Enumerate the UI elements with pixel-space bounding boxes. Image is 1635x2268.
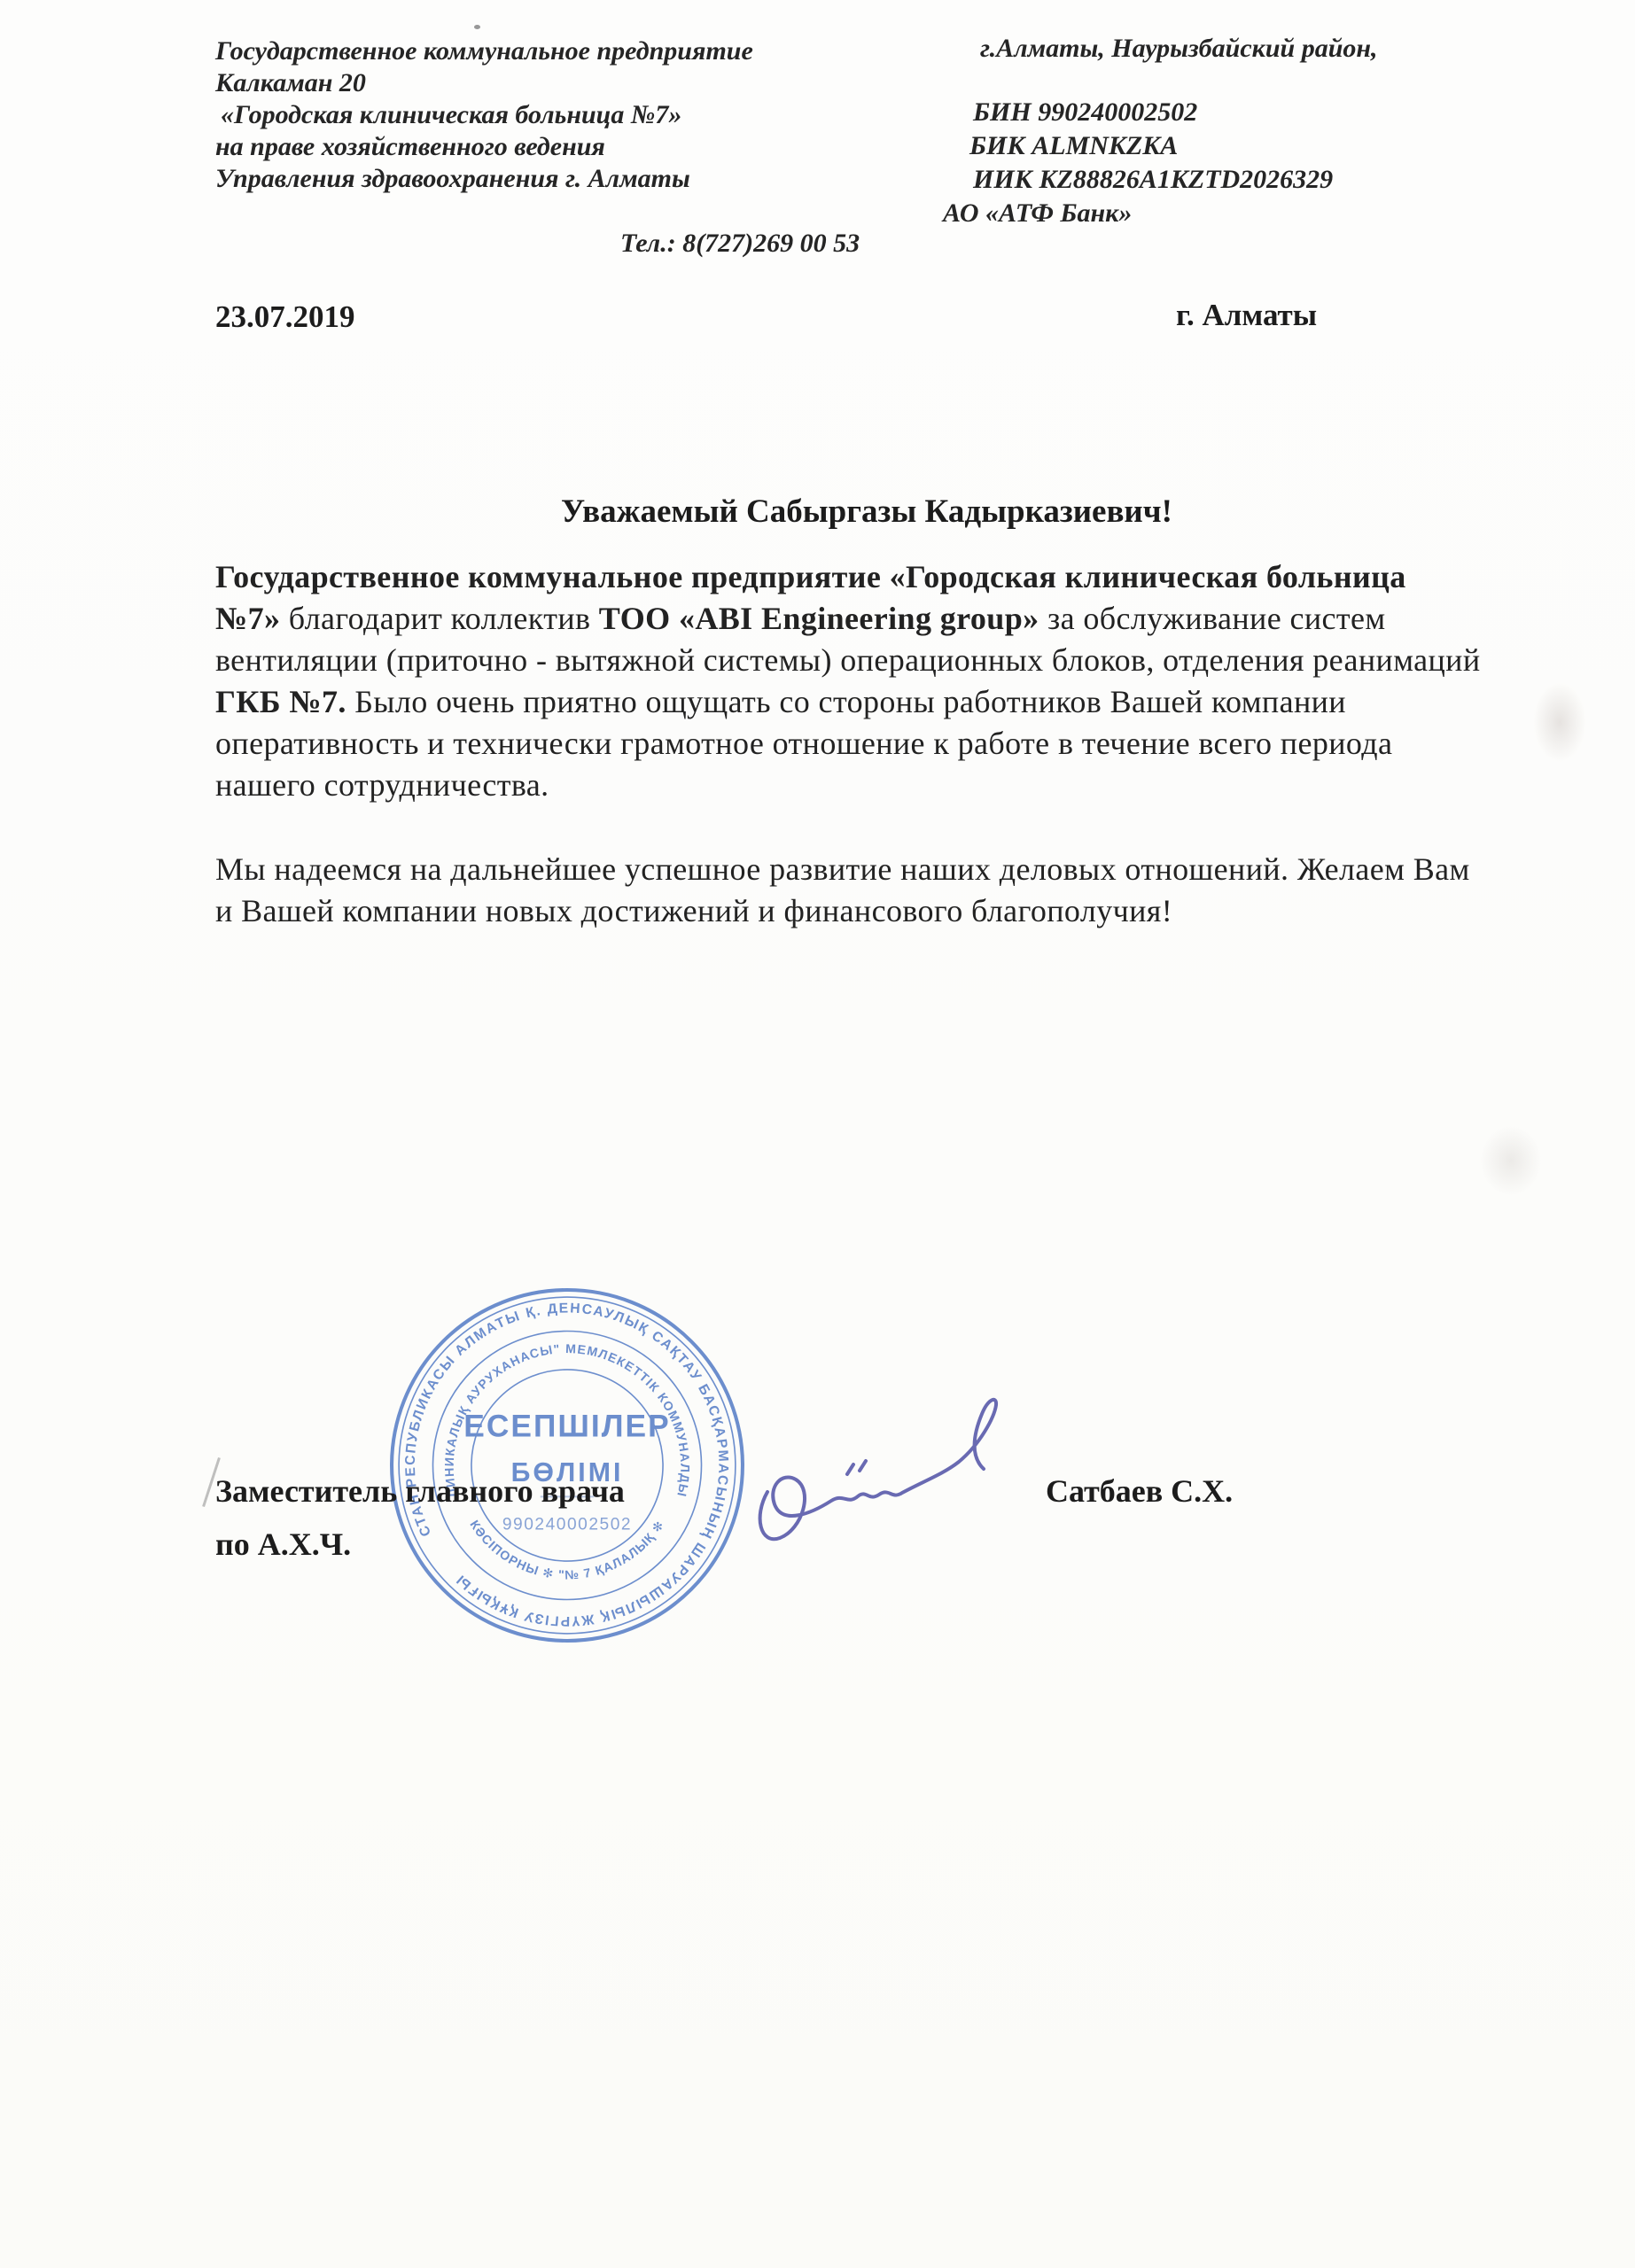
text-line: БИН 990240002502 bbox=[943, 96, 1510, 129]
text-segment: и Вашей компании новых достижений и фина… bbox=[215, 893, 1172, 928]
text-line: нашего сотрудничества. bbox=[215, 765, 1584, 806]
text-segment: Мы надеемся на дальнейшее успешное разви… bbox=[215, 851, 1470, 887]
hospital-round-stamp: ҚАЗАҚСТАН РЕСПУБЛИКАСЫ АЛМАТЫ Қ. ДЕНСАУЛ… bbox=[388, 1286, 746, 1644]
handwritten-signature bbox=[741, 1387, 1069, 1573]
stamp-bin-number: 990240002502 bbox=[502, 1516, 632, 1534]
text-segment: Было очень приятно ощущать со стороны ра… bbox=[346, 684, 1346, 719]
signature-diacritic-1 bbox=[847, 1464, 853, 1474]
bank-details-block: г.Алматы, Наурызбайский район,БИН 990240… bbox=[943, 32, 1510, 230]
letter-page: Государственное коммунальное предприятие… bbox=[0, 0, 1635, 2268]
signer-position-line1: Заместитель главного врача bbox=[215, 1472, 625, 1510]
scan-smudge bbox=[1533, 682, 1586, 762]
text-line: Управления здравоохранения г. Алматы bbox=[215, 163, 836, 195]
text-line: БИК ALMNKZKA bbox=[943, 129, 1510, 163]
text-line: «Городская клиническая больница №7» bbox=[215, 99, 836, 131]
text-line: оперативность и технически грамотное отн… bbox=[215, 723, 1584, 765]
sender-block: Государственное коммунальное предприятие… bbox=[215, 35, 836, 195]
phone-line: Тел.: 8(727)269 00 53 bbox=[620, 229, 860, 259]
text-segment: оперативность и технически грамотное отн… bbox=[215, 726, 1392, 761]
letter-city: г. Алматы bbox=[1176, 298, 1317, 333]
scan-smudge bbox=[1480, 1125, 1542, 1196]
signature-stroke bbox=[760, 1400, 996, 1539]
text-segment: Государственное коммунальное предприятие… bbox=[215, 559, 1406, 594]
text-segment: за обслуживание систем bbox=[1039, 601, 1386, 636]
text-line: ИИК KZ88826A1KZTD2026329 bbox=[943, 163, 1510, 197]
text-segment: нашего сотрудничества. bbox=[215, 767, 549, 803]
letter-date: 23.07.2019 bbox=[215, 299, 355, 335]
text-line: и Вашей компании новых достижений и фина… bbox=[215, 890, 1584, 932]
signer-position-line2: по А.Х.Ч. bbox=[215, 1526, 351, 1563]
text-segment: №7» bbox=[215, 601, 280, 636]
text-line: Государственное коммунальное предприятие bbox=[215, 35, 836, 67]
body-paragraph-1: Государственное коммунальное предприятие… bbox=[215, 556, 1584, 806]
signer-name: Сатбаев С.Х. bbox=[1046, 1472, 1233, 1510]
text-line: Мы надеемся на дальнейшее успешное разви… bbox=[215, 849, 1584, 890]
text-line: Государственное коммунальное предприятие… bbox=[215, 556, 1584, 598]
body-paragraph-2: Мы надеемся на дальнейшее успешное разви… bbox=[215, 849, 1584, 932]
text-line: ГКБ №7. Было очень приятно ощущать со ст… bbox=[215, 681, 1584, 723]
stamp-center-line1: ЕСЕПШІЛЕР bbox=[463, 1410, 670, 1444]
text-line: г.Алматы, Наурызбайский район, bbox=[943, 32, 1510, 66]
text-segment: ГКБ №7. bbox=[215, 684, 346, 719]
text-line: Калкаман 20 bbox=[215, 67, 836, 99]
text-line: №7» благодарит коллектив ТОО «ABI Engine… bbox=[215, 598, 1584, 640]
pencil-dot-artifact bbox=[474, 25, 480, 29]
text-line bbox=[943, 66, 1510, 96]
salutation: Уважаемый Сабыргазы Кадырказиевич! bbox=[215, 493, 1518, 531]
text-segment: вентиляции (приточно - вытяжной системы)… bbox=[215, 642, 1481, 678]
text-line: вентиляции (приточно - вытяжной системы)… bbox=[215, 640, 1584, 681]
text-line: на праве хозяйственного ведения bbox=[215, 131, 836, 163]
text-segment: ТОО «ABI Engineering group» bbox=[599, 601, 1039, 636]
text-segment: благодарит коллектив bbox=[280, 601, 598, 636]
text-line: АО «АТФ Банк» bbox=[943, 197, 1510, 230]
signature-diacritic-2 bbox=[860, 1461, 866, 1471]
